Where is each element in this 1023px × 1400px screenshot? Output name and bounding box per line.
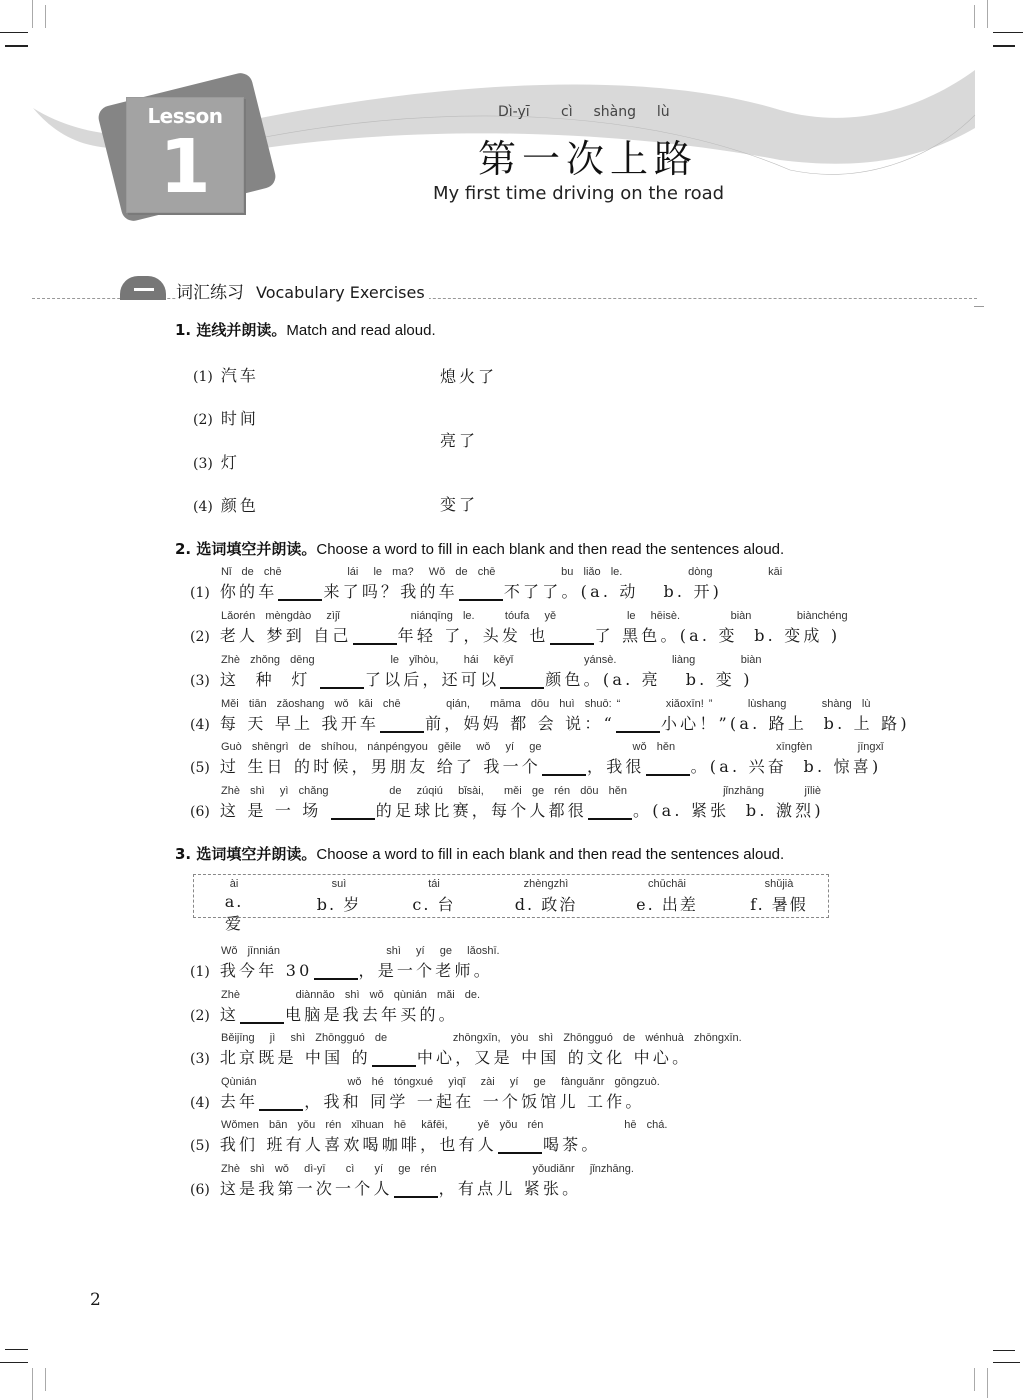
item-number: (1): [193, 369, 213, 385]
sentence-text: 。(a. 紧张 b. 激烈): [633, 801, 824, 820]
crop-mark: [32, 0, 33, 28]
exercise-2-heading-en: Choose a word to fill in each blank and …: [316, 541, 784, 558]
exercise-1-heading-cn: 1. 连线并朗读。: [175, 321, 286, 339]
sentence-item: Qùnián wǒ hé tóngxué yìqǐ zài yí ge fàng…: [190, 1076, 660, 1114]
section-divider: [32, 298, 977, 299]
item-number: (4): [190, 1095, 210, 1111]
answer-blank[interactable]: [320, 671, 364, 689]
sentence-text: ，我很: [587, 757, 645, 776]
item-number: (2): [190, 1008, 210, 1024]
sentence-pinyin: Qùnián wǒ hé tóngxué yìqǐ zài yí ge fàng…: [190, 1076, 660, 1090]
item-number: (4): [193, 499, 213, 515]
sentence-text: 过 生日 的时候，男朋友 给了 我一个: [220, 757, 541, 776]
sentence-text: 电脑是我去年买的。: [285, 1005, 458, 1024]
sentence-item: Lǎorén mèngdào zìjǐ niánqīng le. tóufa y…: [190, 610, 848, 648]
match-left-item[interactable]: (3)灯: [193, 450, 240, 473]
lesson-title-english: My first time driving on the road: [433, 183, 724, 204]
crop-mark: [974, 1368, 975, 1391]
sentence-text: 不了了。(a. 动 b. 开): [504, 582, 722, 601]
answer-blank[interactable]: [550, 627, 594, 645]
item-number: (6): [190, 804, 210, 820]
crop-mark: [32, 1368, 33, 1400]
sentence-pinyin: Zhè shì yì chǎng de zúqiú bǐsài, měi ge …: [190, 785, 824, 799]
match-right-item[interactable]: 熄火了: [440, 364, 497, 387]
sentence-text: 小心！”(a. 路上 b. 上 路): [661, 714, 910, 733]
answer-blank[interactable]: [353, 627, 397, 645]
item-number: (3): [190, 673, 210, 689]
item-number: (2): [190, 629, 210, 645]
sentence-pinyin: Měi tiān zǎoshang wǒ kāi chē qián, māma …: [190, 698, 910, 712]
sentence-text: 我今年 30: [220, 961, 313, 980]
lesson-title-chinese: 第一次上路: [478, 128, 698, 183]
item-word: 时间: [221, 409, 259, 428]
sentence-text: 颜色。(a. 亮 b. 变 ): [545, 670, 752, 689]
option-label: f. 暑假: [744, 892, 814, 915]
sentence-item: Nǐ de chē lái le ma? Wǒ de chē bu liǎo l…: [190, 566, 782, 604]
answer-blank[interactable]: [380, 715, 424, 733]
match-left-item[interactable]: (1)汽车: [193, 363, 259, 386]
item-number: (2): [193, 412, 213, 428]
crop-mark: [0, 32, 28, 33]
answer-blank[interactable]: [331, 802, 375, 820]
option-label: c. 台: [409, 892, 459, 915]
answer-blank[interactable]: [394, 1180, 438, 1198]
sentence-text: 了 黑色。(a. 变 b. 变成 ): [595, 626, 841, 645]
exercise-1-heading: 1. 连线并朗读。Match and read aloud.: [175, 319, 436, 340]
section-title: 词汇练习Vocabulary Exercises: [176, 278, 429, 303]
sentence-pinyin: Běijīng jì shì Zhōngguó de zhōngxīn, yòu…: [190, 1032, 742, 1046]
answer-blank[interactable]: [542, 758, 586, 776]
item-number: (1): [190, 964, 210, 980]
sentence-pinyin: Zhè zhǒng dēng le yǐhòu, hái kěyǐ yánsè.…: [190, 654, 762, 668]
sentence-text: 这 是 一 场: [220, 801, 330, 820]
lesson-number: 1: [127, 122, 243, 212]
option-label: d. 政治: [506, 892, 586, 915]
page-number: 2: [90, 1290, 101, 1310]
sentence-text: 去年: [220, 1092, 258, 1111]
option-label: b. 岁: [314, 892, 364, 915]
option-pinyin: zhèngzhì: [506, 878, 586, 892]
sentence-pinyin: Zhè diànnǎo shì wǒ qùnián mǎi de.: [190, 989, 480, 1003]
sentence-pinyin: Lǎorén mèngdào zìjǐ niánqīng le. tóufa y…: [190, 610, 848, 624]
sentence-text: 这是我第一次一个人: [220, 1179, 393, 1198]
sentence-text: 我们 班有人喜欢喝咖啡，也有人: [220, 1135, 497, 1154]
answer-blank[interactable]: [646, 758, 690, 776]
sentence-item: Měi tiān zǎoshang wǒ kāi chē qián, māma …: [190, 698, 910, 736]
sentence-text: 这: [220, 1005, 239, 1024]
sentence-item: Wǒmen bān yǒu rén xǐhuan hē kāfēi, yě yǒ…: [190, 1119, 667, 1157]
item-number: (6): [190, 1182, 210, 1198]
sentence-text: 北京既是 中国 的: [220, 1048, 371, 1067]
option-label: e. 出差: [632, 892, 702, 915]
answer-blank[interactable]: [498, 1136, 542, 1154]
exercise-3-heading-en: Choose a word to fill in each blank and …: [316, 846, 784, 863]
lesson-badge: Lesson 1: [126, 97, 244, 213]
sentence-pinyin: Guò shēngrì de shíhou, nánpéngyou gěile …: [190, 741, 883, 755]
sentence-text: 前，妈妈 都 会 说：“: [425, 714, 615, 733]
word-option[interactable]: chūchāie. 出差: [632, 878, 702, 915]
crop-mark: [993, 45, 1015, 47]
item-number: (5): [190, 1138, 210, 1154]
crop-mark: [974, 5, 975, 28]
section-title-cn: 词汇练习: [176, 283, 244, 303]
word-option[interactable]: zhèngzhìd. 政治: [506, 878, 586, 915]
sentence-text: 年轻 了，头发 也: [398, 626, 549, 645]
crop-mark: [993, 1350, 1015, 1351]
exercise-1-heading-en: Match and read aloud.: [286, 322, 435, 339]
sentence-text: ，有点儿 紧张。: [439, 1179, 582, 1198]
word-option[interactable]: suìb. 岁: [314, 878, 364, 915]
option-pinyin: chūchāi: [632, 878, 702, 892]
sentence-item: Běijīng jì shì Zhōngguó de zhōngxīn, yòu…: [190, 1032, 742, 1070]
item-number: (5): [190, 760, 210, 776]
crop-mark: [45, 1368, 46, 1391]
answer-blank[interactable]: [278, 583, 322, 601]
sentence-text: 每 天 早上 我开车: [220, 714, 379, 733]
sentence-text: ，我和 同学 一起在 一个饭馆儿 工作。: [304, 1092, 644, 1111]
option-pinyin: ài: [214, 878, 254, 892]
match-left-item[interactable]: (2)时间: [193, 406, 259, 429]
crop-mark: [0, 1362, 28, 1363]
answer-blank[interactable]: [259, 1093, 303, 1111]
option-pinyin: tái: [409, 878, 459, 892]
answer-blank[interactable]: [500, 671, 544, 689]
word-options-box: àia. 爱 suìb. 岁 táic. 台 zhèngzhìd. 政治 chū…: [193, 874, 829, 918]
answer-blank[interactable]: [372, 1049, 416, 1067]
exercise-3-heading: 3. 选词填空并朗读。Choose a word to fill in each…: [175, 843, 784, 864]
exercise-2-heading-cn: 2. 选词填空并朗读。: [175, 540, 316, 558]
word-option[interactable]: àia. 爱: [214, 878, 254, 934]
exercise-2-heading: 2. 选词填空并朗读。Choose a word to fill in each…: [175, 538, 784, 559]
sentence-item: Guò shēngrì de shíhou, nánpéngyou gěile …: [190, 741, 883, 779]
answer-blank[interactable]: [459, 583, 503, 601]
answer-blank[interactable]: [314, 962, 358, 980]
match-right-item[interactable]: 变了: [440, 492, 478, 515]
sentence-text: 来了吗？我的车: [323, 582, 457, 601]
item-word: 颜色: [221, 496, 259, 515]
option-pinyin: suì: [314, 878, 364, 892]
item-number: (1): [190, 585, 210, 601]
answer-blank[interactable]: [616, 715, 660, 733]
crop-mark: [5, 45, 28, 47]
sentence-text: 。(a. 兴奋 b. 惊喜): [691, 757, 882, 776]
sentence-item: Zhè shì yì chǎng de zúqiú bǐsài, měi ge …: [190, 785, 824, 823]
crop-mark: [987, 1368, 988, 1398]
crop-mark: [45, 5, 46, 28]
sentence-text: ，是一个老师。: [359, 961, 493, 980]
sentence-item: Zhè shì wǒ dì-yī cì yí ge rén yǒudiǎnr j…: [190, 1163, 634, 1201]
option-pinyin: shǔjià: [744, 878, 814, 892]
item-number: (3): [190, 1051, 210, 1067]
crop-mark: [5, 1349, 28, 1350]
sentence-pinyin: Wǒ jīnnián shì yí ge lǎoshī.: [190, 945, 500, 959]
match-left-item[interactable]: (4)颜色: [193, 493, 259, 516]
answer-blank[interactable]: [240, 1006, 284, 1024]
item-number: (4): [190, 717, 210, 733]
section-divider-end: [974, 306, 984, 307]
option-label: a. 爱: [214, 892, 254, 934]
sentence-item: Wǒ jīnnián shì yí ge lǎoshī. (1)我今年 30，是…: [190, 945, 500, 983]
sentence-item: Zhè zhǒng dēng le yǐhòu, hái kěyǐ yánsè.…: [190, 654, 762, 692]
sentence-item: Zhè diànnǎo shì wǒ qùnián mǎi de. (2)这电脑…: [190, 989, 480, 1027]
sentence-pinyin: Nǐ de chē lái le ma? Wǒ de chē bu liǎo l…: [190, 566, 782, 580]
sentence-text: 这 种 灯: [220, 670, 319, 689]
word-option[interactable]: táic. 台: [409, 878, 459, 915]
sentence-pinyin: Wǒmen bān yǒu rén xǐhuan hē kāfēi, yě yǒ…: [190, 1119, 667, 1133]
sentence-text: 了以后，还可以: [365, 670, 499, 689]
answer-blank[interactable]: [588, 802, 632, 820]
title-pinyin: Dì-yī cì shàng lù: [498, 104, 670, 120]
sentence-text: 中心，又是 中国 的文化 中心。: [417, 1048, 691, 1067]
exercise-3-heading-cn: 3. 选词填空并朗读。: [175, 845, 316, 863]
item-word: 灯: [221, 453, 240, 472]
sentence-text: 老人 梦到 自己: [220, 626, 352, 645]
section-title-en: Vocabulary Exercises: [256, 283, 425, 302]
sentence-pinyin: Zhè shì wǒ dì-yī cì yí ge rén yǒudiǎnr j…: [190, 1163, 634, 1177]
item-number: (3): [193, 456, 213, 472]
sentence-text: 的足球比赛，每个人都很: [376, 801, 587, 820]
item-word: 汽车: [221, 366, 259, 385]
word-option[interactable]: shǔjiàf. 暑假: [744, 878, 814, 915]
match-right-item[interactable]: 亮了: [440, 428, 478, 451]
crop-mark: [993, 1362, 1020, 1363]
crop-mark: [993, 32, 1023, 33]
sentence-text: 你的车: [220, 582, 278, 601]
sentence-text: 喝茶。: [543, 1135, 601, 1154]
crop-mark: [987, 0, 988, 28]
section-number-one: [134, 288, 154, 291]
